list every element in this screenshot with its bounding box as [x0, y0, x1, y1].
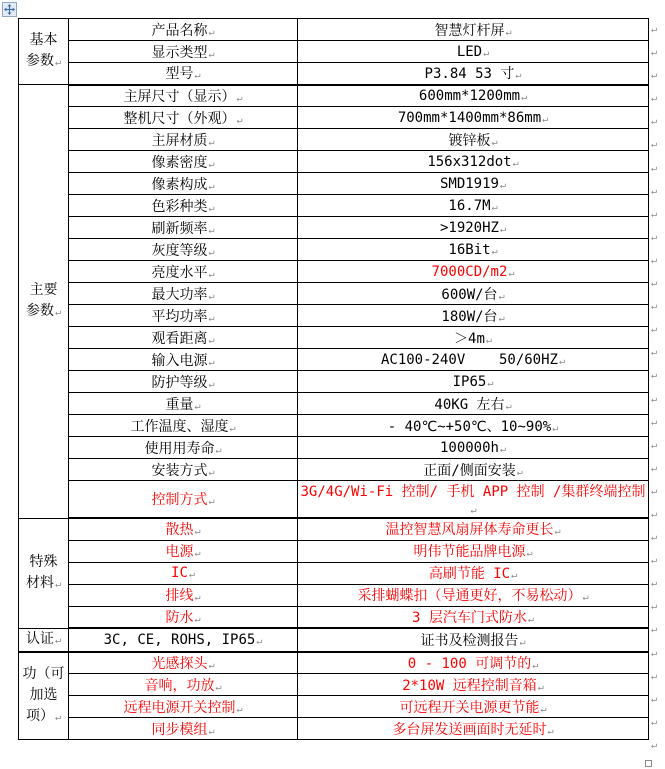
value-text: IP65	[453, 374, 487, 390]
param-label: 排线	[165, 588, 193, 604]
table-row: 重量↵40KG 左右↵	[19, 393, 649, 415]
row-end-mark-icon: ↵	[651, 180, 663, 203]
paragraph-mark-icon: ↵	[208, 203, 214, 214]
param-cell[interactable]: 散热↵	[69, 518, 298, 540]
param-label: 平均功率	[151, 309, 207, 325]
paragraph-mark-icon: ↵	[208, 159, 214, 170]
param-label: 整机尺寸（外观）	[123, 111, 235, 127]
param-cell[interactable]: 控制方式↵	[69, 481, 298, 519]
param-label: 音响，功放	[144, 678, 214, 694]
param-label: 最大功率	[151, 287, 207, 303]
group-label: 功（可	[23, 666, 65, 682]
value-cell[interactable]: 证书及检测报告↵	[298, 628, 649, 652]
paragraph-mark-icon: ↵	[208, 313, 214, 324]
document-canvas: 基本参数↵产品名称↵智慧灯杆屏↵显示类型↵LED↵型号↵P3.84 53 寸↵主…	[0, 0, 665, 769]
row-end-mark-icon: ↵	[651, 18, 663, 41]
value-text: 证书及检测报告	[420, 633, 518, 649]
row-end-mark-icon: ↵	[651, 688, 663, 711]
table-row: 亮度水平↵7000CD/m2↵	[19, 261, 649, 283]
row-end-mark-icon: ↵	[651, 572, 663, 595]
paragraph-mark-icon: ↵	[194, 526, 200, 537]
paragraph-mark-icon: ↵	[208, 357, 214, 368]
row-end-mark-icon: ↵	[651, 341, 663, 364]
paragraph-mark-icon: ↵	[208, 181, 214, 192]
param-label: 主屏尺寸（显示）	[123, 89, 235, 105]
paragraph-mark-icon: ↵	[508, 268, 514, 279]
value-text: - 40℃~+50℃、10~90%	[388, 419, 551, 435]
paragraph-mark-icon: ↵	[194, 548, 200, 559]
value-cell[interactable]: 156x312dot↵	[298, 151, 649, 173]
paragraph-mark-icon: ↵	[208, 225, 214, 236]
table-row: 特殊材料↵散热↵温控智慧风扇屏体寿命更长↵	[19, 518, 649, 540]
value-text: LED	[457, 44, 482, 60]
paragraph-mark-icon: ↵	[505, 27, 511, 38]
param-cell[interactable]: 防水↵	[69, 606, 298, 628]
value-text: 180W/台	[441, 309, 497, 325]
value-cell[interactable]: 16.7M↵	[298, 195, 649, 217]
param-label: 显示类型	[151, 45, 207, 61]
param-cell[interactable]: 灰度等级↵	[69, 239, 298, 261]
row-end-mark-icon: ↵	[651, 549, 663, 572]
table-row: 防水↵3 层汽车门式防水↵	[19, 606, 649, 628]
value-text: 镀锌板	[448, 133, 490, 149]
paragraph-mark-icon: ↵	[215, 682, 221, 693]
param-label: 灰度等级	[151, 243, 207, 259]
table-row: IC↵高刷节能 IC↵	[19, 562, 649, 584]
paragraph-mark-icon: ↵	[194, 401, 200, 412]
paragraph-mark-icon: ↵	[499, 313, 505, 324]
table-row: 基本参数↵产品名称↵智慧灯杆屏↵	[19, 19, 649, 41]
param-cell[interactable]: 使用用寿命↵	[69, 437, 298, 459]
table-row: 灰度等级↵16Bit↵	[19, 239, 649, 261]
paragraph-mark-icon: ↵	[194, 592, 200, 603]
table-row: 像素构成↵SMD1919↵	[19, 173, 649, 195]
table-row: 安装方式↵正面/侧面安装↵	[19, 459, 649, 481]
param-label: 色彩种类	[151, 199, 207, 215]
paragraph-mark-icon: ↵	[208, 335, 214, 346]
row-end-mark-icon: ↵	[651, 295, 663, 318]
value-cell[interactable]: 可远程开关电源更节能↵	[298, 696, 649, 718]
param-cell[interactable]: 亮度水平↵	[69, 261, 298, 283]
paragraph-mark-icon: ↵	[55, 57, 61, 68]
value-cell[interactable]: 180W/台↵	[298, 305, 649, 327]
param-cell[interactable]: 重量↵	[69, 393, 298, 415]
row-end-mark-icon: ↵	[651, 157, 663, 180]
value-text: P3.84 53 寸	[425, 66, 515, 82]
value-cell[interactable]: 多台屏发送画面时无延时↵	[298, 718, 649, 740]
table-row: 整机尺寸（外观）↵700mm*1400mm*86mm↵	[19, 107, 649, 129]
value-text: 40KG 左右	[434, 397, 504, 413]
paragraph-mark-icon: ↵	[483, 48, 489, 59]
paragraph-mark-icon: ↵	[519, 637, 525, 648]
row-end-mark-icon: ↵	[651, 272, 663, 295]
group-label: 材料	[26, 575, 54, 591]
paragraph-mark-icon: ↵	[208, 379, 214, 390]
param-cell[interactable]: 产品名称↵	[69, 19, 298, 41]
param-label: 刷新频率	[151, 221, 207, 237]
paragraph-mark-icon: ↵	[208, 27, 214, 38]
value-cell[interactable]: 温控智慧风扇屏体寿命更长↵	[298, 518, 649, 540]
group-label: 基本	[30, 32, 58, 48]
value-text: 明伟节能品牌电源	[413, 544, 525, 560]
value-text: 600mm*1200mm	[419, 88, 520, 104]
paragraph-mark-icon: ↵	[526, 548, 532, 559]
value-cell[interactable]: LED↵	[298, 41, 649, 63]
param-cell[interactable]: 输入电源↵	[69, 349, 298, 371]
value-cell[interactable]: 600mm*1200mm↵	[298, 85, 649, 107]
value-text: 700mm*1400mm*86mm	[398, 110, 541, 126]
spec-table: 基本参数↵产品名称↵智慧灯杆屏↵显示类型↵LED↵型号↵P3.84 53 寸↵主…	[18, 18, 649, 740]
table-row: 最大功率↵600W/台↵	[19, 283, 649, 305]
value-text: >1920HZ	[440, 220, 499, 236]
value-text: 100000h	[440, 440, 499, 456]
group-cell-special[interactable]: 特殊材料↵	[19, 518, 69, 628]
paragraph-mark-icon: ↵	[487, 378, 493, 389]
param-cell[interactable]: 音响，功放↵	[69, 674, 298, 696]
group-cell-basic[interactable]: 基本参数↵	[19, 19, 69, 85]
table-row: 音响，功放↵2*10W 远程控制音箱↵	[19, 674, 649, 696]
paragraph-mark-icon: ↵	[55, 712, 61, 723]
paragraph-mark-icon: ↵	[559, 356, 565, 367]
value-text: 正面/侧面安装	[423, 463, 515, 479]
paragraph-mark-icon: ↵	[511, 570, 517, 581]
paragraph-mark-icon: ↵	[236, 704, 242, 715]
paragraph-mark-icon: ↵	[540, 704, 546, 715]
param-cell[interactable]: 3C, CE, ROHS, IP65↵	[69, 628, 298, 652]
value-cell[interactable]: 3G/4G/Wi-Fi 控制/ 手机 APP 控制 /集群终端控制↵	[298, 481, 649, 519]
param-label: 像素密度	[151, 155, 207, 171]
value-text: 2*10W 远程控制音箱	[402, 678, 537, 694]
row-end-mark-icon: ↵	[651, 618, 663, 641]
table-row: 色彩种类↵16.7M↵	[19, 195, 649, 217]
param-label: 产品名称	[151, 23, 207, 39]
table-row: 观看距离↵＞4m↵	[19, 327, 649, 349]
param-label: 防护等级	[151, 375, 207, 391]
value-cell[interactable]: 正面/侧面安装↵	[298, 459, 649, 481]
row-end-mark-icon: ↵	[651, 133, 663, 156]
param-cell[interactable]: 像素构成↵	[69, 173, 298, 195]
row-end-mark-icon: ↵	[651, 526, 663, 549]
value-cell[interactable]: 700mm*1400mm*86mm↵	[298, 107, 649, 129]
paragraph-mark-icon: ↵	[208, 660, 214, 671]
value-text: 3 层汽车门式防水	[412, 610, 527, 626]
paragraph-mark-icon: ↵	[470, 505, 476, 516]
table-row: 电源↵明伟节能品牌电源↵	[19, 540, 649, 562]
paragraph-mark-icon: ↵	[208, 269, 214, 280]
param-cell[interactable]: 显示类型↵	[69, 41, 298, 63]
paragraph-mark-icon: ↵	[208, 247, 214, 258]
row-end-marks: ↵↵↵↵↵↵↵↵↵↵↵↵↵↵↵↵↵↵↵↵↵↵↵↵↵↵↵↵↵↵↵↵	[651, 18, 663, 757]
param-label: 重量	[165, 397, 193, 413]
row-end-mark-icon: ↵	[651, 642, 663, 665]
param-label: 控制方式	[151, 492, 207, 508]
value-text: 600W/台	[441, 287, 497, 303]
table-row: 输入电源↵AC100-240V 50/60HZ↵	[19, 349, 649, 371]
row-end-mark-icon: ↵	[651, 595, 663, 618]
paragraph-mark-icon: ↵	[236, 93, 242, 104]
value-cell[interactable]: IP65↵	[298, 371, 649, 393]
paragraph-mark-icon: ↵	[215, 445, 221, 456]
group-cell-cert[interactable]: 认证↵	[19, 628, 69, 652]
paragraph-mark-icon: ↵	[542, 114, 548, 125]
table-row: 认证↵3C, CE, ROHS, IP65↵证书及检测报告↵	[19, 628, 649, 652]
paragraph-mark-icon: ↵	[208, 496, 214, 507]
value-cell[interactable]: 3 层汽车门式防水↵	[298, 606, 649, 628]
paragraph-mark-icon: ↵	[208, 137, 214, 148]
row-end-mark-icon: ↵	[651, 503, 663, 526]
value-cell[interactable]: AC100-240V 50/60HZ↵	[298, 349, 649, 371]
param-label: 安装方式	[151, 463, 207, 479]
row-end-mark-icon: ↵	[651, 734, 663, 757]
param-label: 工作温度、湿度	[130, 419, 228, 435]
param-cell[interactable]: 光感探头↵	[69, 652, 298, 674]
value-cell[interactable]: 100000h↵	[298, 437, 649, 459]
paragraph-mark-icon: ↵	[236, 115, 242, 126]
value-cell[interactable]: 明伟节能品牌电源↵	[298, 540, 649, 562]
row-end-mark-icon: ↵	[651, 711, 663, 734]
spec-table-body: 基本参数↵产品名称↵智慧灯杆屏↵显示类型↵LED↵型号↵P3.84 53 寸↵主…	[19, 19, 649, 740]
param-cell[interactable]: 型号↵	[69, 63, 298, 85]
paragraph-mark-icon: ↵	[554, 526, 560, 537]
group-cell-main[interactable]: 主要参数↵	[19, 85, 69, 519]
param-label: 同步模组	[151, 722, 207, 738]
param-cell[interactable]: 主屏尺寸（显示）↵	[69, 85, 298, 107]
move-icon	[4, 4, 15, 15]
table-row: 远程电源开关控制↵可远程开关电源更节能↵	[19, 696, 649, 718]
row-end-mark-icon: ↵	[651, 226, 663, 249]
paragraph-mark-icon: ↵	[229, 423, 235, 434]
value-cell[interactable]: 40KG 左右↵	[298, 393, 649, 415]
value-cell[interactable]: 采排蝴蝶扣（导通更好，不易松动）↵	[298, 584, 649, 606]
table-row: 排线↵采排蝴蝶扣（导通更好，不易松动）↵	[19, 584, 649, 606]
row-end-mark-icon: ↵	[651, 364, 663, 387]
value-cell[interactable]: >1920HZ↵	[298, 217, 649, 239]
paragraph-mark-icon: ↵	[532, 660, 538, 671]
param-cell[interactable]: 安装方式↵	[69, 459, 298, 481]
group-label: 参数	[26, 53, 54, 69]
value-text: 16.7M	[448, 198, 490, 214]
paragraph-mark-icon: ↵	[499, 291, 505, 302]
paragraph-mark-icon: ↵	[528, 614, 534, 625]
value-cell[interactable]: P3.84 53 寸↵	[298, 63, 649, 85]
value-cell[interactable]: 600W/台↵	[298, 283, 649, 305]
value-cell[interactable]: 2*10W 远程控制音箱↵	[298, 674, 649, 696]
paragraph-mark-icon: ↵	[513, 158, 519, 169]
value-cell[interactable]: SMD1919↵	[298, 173, 649, 195]
group-label: 特殊	[30, 554, 58, 570]
value-cell[interactable]: 智慧灯杆屏↵	[298, 19, 649, 41]
param-cell[interactable]: 电源↵	[69, 540, 298, 562]
param-cell[interactable]: 同步模组↵	[69, 718, 298, 740]
param-label: 亮度水平	[151, 265, 207, 281]
value-cell[interactable]: 16Bit↵	[298, 239, 649, 261]
paragraph-mark-icon: ↵	[552, 423, 558, 434]
group-label: 参数	[26, 303, 54, 319]
paragraph-mark-icon: ↵	[55, 579, 61, 590]
value-cell[interactable]: ＞4m↵	[298, 327, 649, 349]
row-end-mark-icon: ↵	[651, 87, 663, 110]
row-end-mark-icon: ↵	[651, 665, 663, 688]
paragraph-mark-icon: ↵	[208, 49, 214, 60]
table-move-handle[interactable]	[2, 2, 17, 17]
paragraph-mark-icon: ↵	[208, 726, 214, 737]
paragraph-mark-icon: ↵	[538, 682, 544, 693]
param-label: 电源	[165, 544, 193, 560]
table-row: 主屏材质↵镀锌板↵	[19, 129, 649, 151]
value-text: 156x312dot	[427, 154, 511, 170]
paragraph-mark-icon: ↵	[492, 202, 498, 213]
paragraph-mark-icon: ↵	[500, 180, 506, 191]
value-text: 0 - 100 可调节的	[408, 656, 531, 672]
param-cell[interactable]: 刷新频率↵	[69, 217, 298, 239]
paragraph-mark-icon: ↵	[55, 635, 61, 646]
paragraph-mark-icon: ↵	[194, 614, 200, 625]
param-cell[interactable]: IC↵	[69, 562, 298, 584]
param-label: IC	[171, 565, 188, 581]
value-text: 智慧灯杆屏	[434, 23, 504, 39]
param-cell[interactable]: 工作温度、湿度↵	[69, 415, 298, 437]
value-cell[interactable]: 0 - 100 可调节的↵	[298, 652, 649, 674]
param-label: 远程电源开关控制	[123, 700, 235, 716]
param-cell[interactable]: 排线↵	[69, 584, 298, 606]
table-row: 控制方式↵3G/4G/Wi-Fi 控制/ 手机 APP 控制 /集群终端控制↵	[19, 481, 649, 519]
table-row: 同步模组↵多台屏发送画面时无延时↵	[19, 718, 649, 740]
table-row: 刷新频率↵>1920HZ↵	[19, 217, 649, 239]
table-row: 防护等级↵IP65↵	[19, 371, 649, 393]
value-text: 多台屏发送画面时无延时	[392, 722, 546, 738]
paragraph-mark-icon: ↵	[500, 224, 506, 235]
paragraph-mark-icon: ↵	[256, 636, 262, 647]
param-label: 散热	[165, 522, 193, 538]
param-cell[interactable]: 远程电源开关控制↵	[69, 696, 298, 718]
row-end-mark-icon: ↵	[651, 203, 663, 226]
param-label: 防水	[165, 610, 193, 626]
group-label: 项）	[26, 708, 54, 724]
value-text: 16Bit	[448, 242, 490, 258]
row-end-mark-icon: ↵	[651, 318, 663, 341]
value-text: 温控智慧风扇屏体寿命更长	[385, 522, 553, 538]
row-end-mark-icon: ↵	[651, 249, 663, 272]
row-end-mark-icon: ↵	[651, 388, 663, 411]
value-text: SMD1919	[440, 176, 499, 192]
table-resize-handle[interactable]	[645, 760, 652, 767]
paragraph-mark-icon: ↵	[189, 569, 195, 580]
param-label: 3C, CE, ROHS, IP65	[104, 632, 256, 648]
table-row: 主要参数↵主屏尺寸（显示）↵600mm*1200mm↵	[19, 85, 649, 107]
paragraph-mark-icon: ↵	[491, 137, 497, 148]
param-cell[interactable]: 像素密度↵	[69, 151, 298, 173]
table-row: 像素密度↵156x312dot↵	[19, 151, 649, 173]
row-end-mark-icon: ↵	[651, 41, 663, 64]
param-cell[interactable]: 整机尺寸（外观）↵	[69, 107, 298, 129]
row-end-mark-icon: ↵	[651, 457, 663, 480]
value-cell[interactable]: 7000CD/m2↵	[298, 261, 649, 283]
param-cell[interactable]: 防护等级↵	[69, 371, 298, 393]
row-end-mark-icon: ↵	[651, 64, 663, 87]
row-end-mark-icon: ↵	[651, 411, 663, 434]
paragraph-mark-icon: ↵	[521, 92, 527, 103]
paragraph-mark-icon: ↵	[208, 467, 214, 478]
paragraph-mark-icon: ↵	[492, 246, 498, 257]
param-cell[interactable]: 最大功率↵	[69, 283, 298, 305]
paragraph-mark-icon: ↵	[515, 70, 521, 81]
value-cell[interactable]: 镀锌板↵	[298, 129, 649, 151]
param-cell[interactable]: 观看距离↵	[69, 327, 298, 349]
paragraph-mark-icon: ↵	[194, 70, 200, 81]
value-text: 可远程开关电源更节能	[399, 700, 539, 716]
paragraph-mark-icon: ↵	[506, 401, 512, 412]
value-text: 7000CD/m2	[432, 264, 508, 280]
param-label: 光感探头	[151, 656, 207, 672]
table-row: 平均功率↵180W/台↵	[19, 305, 649, 327]
value-cell[interactable]: 高刷节能 IC↵	[298, 562, 649, 584]
value-cell[interactable]: - 40℃~+50℃、10~90%↵	[298, 415, 649, 437]
paragraph-mark-icon: ↵	[55, 307, 61, 318]
param-cell[interactable]: 色彩种类↵	[69, 195, 298, 217]
param-cell[interactable]: 平均功率↵	[69, 305, 298, 327]
table-row: 功（可加选项）↵光感探头↵0 - 100 可调节的↵	[19, 652, 649, 674]
value-text: 3G/4G/Wi-Fi 控制/ 手机 APP 控制 /集群终端控制	[300, 484, 645, 500]
paragraph-mark-icon: ↵	[486, 335, 492, 346]
param-label: 输入电源	[151, 353, 207, 369]
value-text: 高刷节能 IC	[429, 566, 510, 582]
table-row: 使用用寿命↵100000h↵	[19, 437, 649, 459]
value-text: ＞4m	[454, 331, 485, 347]
value-text: AC100-240V 50/60HZ	[381, 352, 558, 368]
table-row: 显示类型↵LED↵	[19, 41, 649, 63]
param-label: 主屏材质	[151, 133, 207, 149]
paragraph-mark-icon: ↵	[582, 592, 588, 603]
table-row: 型号↵P3.84 53 寸↵	[19, 63, 649, 85]
param-label: 使用用寿命	[144, 441, 214, 457]
param-label: 型号	[165, 66, 193, 82]
paragraph-mark-icon: ↵	[208, 291, 214, 302]
paragraph-mark-icon: ↵	[547, 726, 553, 737]
group-label: 加选	[30, 687, 58, 703]
row-end-mark-icon: ↵	[651, 110, 663, 133]
param-cell[interactable]: 主屏材质↵	[69, 129, 298, 151]
paragraph-mark-icon: ↵	[517, 467, 523, 478]
paragraph-mark-icon: ↵	[500, 444, 506, 455]
param-label: 观看距离	[151, 331, 207, 347]
group-label: 主要	[30, 282, 58, 298]
param-label: 像素构成	[151, 177, 207, 193]
group-label: 认证	[26, 631, 54, 647]
value-text: 采排蝴蝶扣（导通更好，不易松动）	[357, 588, 581, 604]
row-end-mark-icon: ↵	[651, 434, 663, 457]
group-cell-optional[interactable]: 功（可加选项）↵	[19, 652, 69, 740]
row-end-mark-icon: ↵	[651, 480, 663, 503]
table-row: 工作温度、湿度↵- 40℃~+50℃、10~90%↵	[19, 415, 649, 437]
